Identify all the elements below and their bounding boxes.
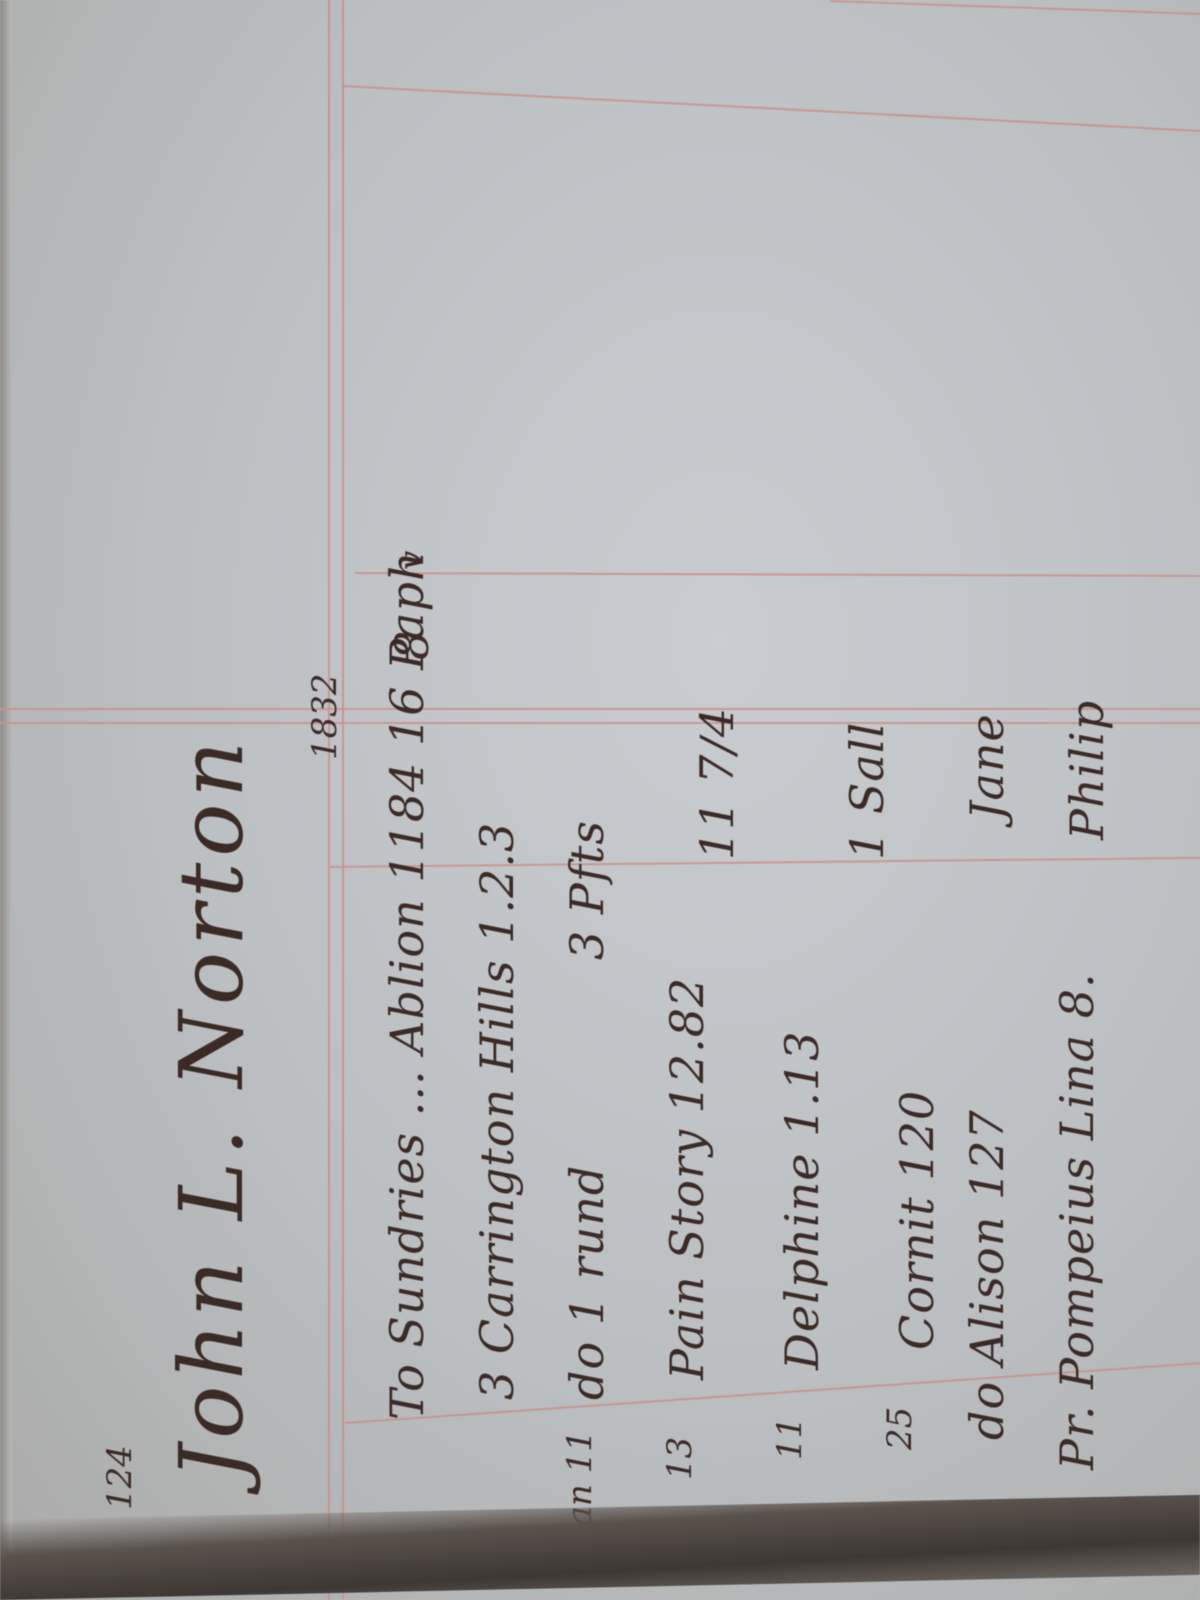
page-number: 124 [100, 1445, 140, 1510]
ledger-entry: To Sundries ... Ablion 1184 16 Paph [380, 550, 434, 1420]
ledger-entry: do 1 rund [560, 1165, 614, 1400]
column-rule [830, 0, 1200, 16]
account-name: John L. Norton [160, 735, 263, 1480]
ledger-entry-amount: 11 7/4 [690, 707, 744, 860]
ledger-entry: 3 Carrington Hills 1.2.3 [470, 822, 524, 1400]
ledger-entry-date: 25 [880, 1407, 920, 1450]
ledger-entry: Pain Story 12.82 [660, 977, 714, 1380]
column-rule [330, 857, 1200, 868]
column-rule [0, 708, 1200, 710]
column-rule [355, 572, 1200, 577]
ledger-entry-date: 13 [660, 1437, 700, 1480]
ledger-entry: Cornit 120 [890, 1090, 944, 1350]
ledger-entry-amount: 1 Sall [840, 722, 894, 860]
ledger-entry-amount: Jane [960, 713, 1014, 820]
column-rule [0, 722, 1200, 724]
margin-rule [328, 0, 330, 1600]
page-edge [0, 0, 12, 1600]
ledger-entry-date: 11 [770, 1417, 810, 1460]
ledger-page: 124 John L. Norton 1832 v To Sundries ..… [0, 0, 1200, 1600]
ledger-entry: Delphine 1.13 [775, 1031, 829, 1371]
column-rule [342, 85, 1200, 133]
ledger-entry-amount: 8 [385, 630, 439, 660]
margin-rule [342, 0, 344, 1600]
ledger-entry-amount: 3 Pfts [560, 820, 614, 960]
ledger-entry: Pr. Pompeius Lina 8. [1050, 972, 1104, 1470]
ledger-entry: do Alison 127 [960, 1109, 1014, 1440]
ledger-entry-amount: Philip [1060, 700, 1114, 840]
book-cover-edge [0, 1495, 1200, 1600]
account-year: 1832 [305, 673, 345, 760]
